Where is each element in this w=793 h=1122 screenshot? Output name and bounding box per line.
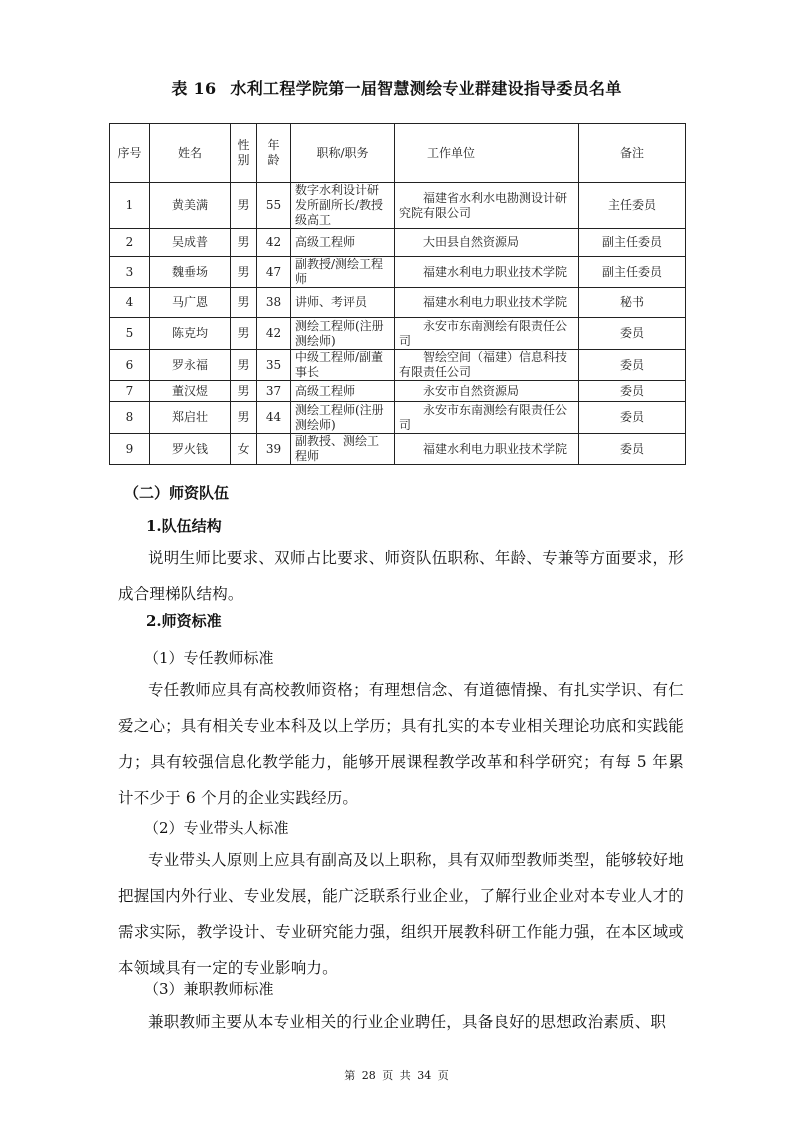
table-row: 7 董汉煜 男 37 高级工程师 永安市自然资源局 委员 [110, 381, 686, 402]
table-row: 8 郑启壮 男 44 测绘工程师(注册测绘师) 永安市东南测绘有限责任公司 委员 [110, 402, 686, 434]
cell-title: 数字水利设计研发所副所长/教授级高工 [291, 183, 395, 229]
cell-title: 副教授/测绘工程师 [291, 257, 395, 288]
cell-age: 42 [257, 318, 291, 350]
cell-title: 测绘工程师(注册测绘师) [291, 402, 395, 434]
page-number-footer: 第 28 页 共 34 页 [0, 1067, 793, 1083]
table-row: 4 马广恩 男 38 讲师、考评员 福建水利电力职业技术学院 秘书 [110, 288, 686, 318]
cell-gender: 男 [231, 229, 257, 257]
cell-name: 罗火钱 [150, 434, 231, 465]
cell-note: 委员 [579, 381, 686, 402]
cell-title: 讲师、考评员 [291, 288, 395, 318]
cell-age: 44 [257, 402, 291, 434]
cell-no: 7 [110, 381, 150, 402]
cell-note: 副主任委员 [579, 229, 686, 257]
cell-unit: 智绘空间（福建）信息科技有限责任公司 [395, 350, 579, 381]
cell-gender: 男 [231, 350, 257, 381]
cell-note: 委员 [579, 350, 686, 381]
cell-note: 委员 [579, 434, 686, 465]
cell-gender: 男 [231, 288, 257, 318]
table-row: 6 罗永福 男 35 中级工程师/副董事长 智绘空间（福建）信息科技有限责任公司… [110, 350, 686, 381]
cell-gender: 男 [231, 183, 257, 229]
table-caption: 表 16水利工程学院第一届智慧测绘专业群建设指导委员名单 [0, 76, 793, 99]
header-unit: 工作单位 [395, 124, 579, 183]
cell-note: 主任委员 [579, 183, 686, 229]
cell-title: 高级工程师 [291, 229, 395, 257]
heading-program-leader: （2）专业带头人标准 [144, 817, 289, 838]
paragraph-program-leader: 专业带头人原则上应具有副高及以上职称，具有双师型教师类型，能够较好地把握国内外行… [118, 842, 684, 986]
table-row: 9 罗火钱 女 39 副教授、测绘工程师 福建水利电力职业技术学院 委员 [110, 434, 686, 465]
header-name: 姓名 [150, 124, 231, 183]
paragraph-team-structure: 说明生师比要求、双师占比要求、师资队伍职称、年龄、专兼等方面要求，形成合理梯队结… [118, 540, 684, 612]
cell-age: 35 [257, 350, 291, 381]
cell-unit: 永安市自然资源局 [395, 381, 579, 402]
cell-age: 42 [257, 229, 291, 257]
cell-no: 3 [110, 257, 150, 288]
cell-note: 副主任委员 [579, 257, 686, 288]
cell-age: 38 [257, 288, 291, 318]
cell-no: 6 [110, 350, 150, 381]
cell-note: 秘书 [579, 288, 686, 318]
cell-no: 2 [110, 229, 150, 257]
paragraph-parttime-teacher: 兼职教师主要从本专业相关的行业企业聘任，具备良好的思想政治素质、职 [118, 1004, 684, 1040]
header-note: 备注 [579, 124, 686, 183]
cell-no: 8 [110, 402, 150, 434]
committee-members-table: 序号 姓名 性别 年龄 职称/职务 工作单位 备注 1 黄美满 男 55 数字水… [109, 123, 686, 465]
cell-no: 4 [110, 288, 150, 318]
cell-note: 委员 [579, 402, 686, 434]
table-title: 水利工程学院第一届智慧测绘专业群建设指导委员名单 [230, 79, 621, 98]
cell-name: 吴成普 [150, 229, 231, 257]
cell-unit: 永安市东南测绘有限责任公司 [395, 318, 579, 350]
cell-title: 副教授、测绘工程师 [291, 434, 395, 465]
table-row: 3 魏垂场 男 47 副教授/测绘工程师 福建水利电力职业技术学院 副主任委员 [110, 257, 686, 288]
cell-gender: 男 [231, 257, 257, 288]
cell-note: 委员 [579, 318, 686, 350]
cell-name: 罗永福 [150, 350, 231, 381]
cell-unit: 福建水利电力职业技术学院 [395, 288, 579, 318]
cell-title: 高级工程师 [291, 381, 395, 402]
header-age: 年龄 [257, 124, 291, 183]
heading-fulltime-teacher: （1）专任教师标准 [144, 647, 274, 668]
cell-name: 董汉煜 [150, 381, 231, 402]
cell-name: 陈克均 [150, 318, 231, 350]
table-row: 1 黄美满 男 55 数字水利设计研发所副所长/教授级高工 福建省水利水电勘测设… [110, 183, 686, 229]
cell-age: 37 [257, 381, 291, 402]
cell-unit: 福建水利电力职业技术学院 [395, 434, 579, 465]
header-title: 职称/职务 [291, 124, 395, 183]
header-no: 序号 [110, 124, 150, 183]
cell-title: 中级工程师/副董事长 [291, 350, 395, 381]
cell-gender: 男 [231, 381, 257, 402]
cell-unit: 福建省水利水电勘测设计研究院有限公司 [395, 183, 579, 229]
section-heading-faculty: （二）师资队伍 [124, 482, 229, 503]
table-header-row: 序号 姓名 性别 年龄 职称/职务 工作单位 备注 [110, 124, 686, 183]
heading-team-structure: 1.队伍结构 [146, 515, 222, 536]
cell-name: 郑启壮 [150, 402, 231, 434]
cell-name: 魏垂场 [150, 257, 231, 288]
heading-faculty-standards: 2.师资标准 [146, 610, 222, 631]
cell-gender: 男 [231, 318, 257, 350]
cell-title: 测绘工程师(注册测绘师) [291, 318, 395, 350]
cell-age: 55 [257, 183, 291, 229]
cell-name: 黄美满 [150, 183, 231, 229]
cell-gender: 女 [231, 434, 257, 465]
cell-unit: 福建水利电力职业技术学院 [395, 257, 579, 288]
table-number: 表 16 [171, 79, 216, 98]
cell-unit: 永安市东南测绘有限责任公司 [395, 402, 579, 434]
table-row: 2 吴成普 男 42 高级工程师 大田县自然资源局 副主任委员 [110, 229, 686, 257]
cell-age: 47 [257, 257, 291, 288]
cell-unit: 大田县自然资源局 [395, 229, 579, 257]
cell-name: 马广恩 [150, 288, 231, 318]
cell-no: 1 [110, 183, 150, 229]
cell-no: 9 [110, 434, 150, 465]
cell-age: 39 [257, 434, 291, 465]
table-row: 5 陈克均 男 42 测绘工程师(注册测绘师) 永安市东南测绘有限责任公司 委员 [110, 318, 686, 350]
cell-no: 5 [110, 318, 150, 350]
paragraph-fulltime-teacher: 专任教师应具有高校教师资格；有理想信念、有道德情操、有扎实学识、有仁爱之心；具有… [118, 672, 684, 816]
header-gender: 性别 [231, 124, 257, 183]
heading-parttime-teacher: （3）兼职教师标准 [144, 978, 274, 999]
cell-gender: 男 [231, 402, 257, 434]
